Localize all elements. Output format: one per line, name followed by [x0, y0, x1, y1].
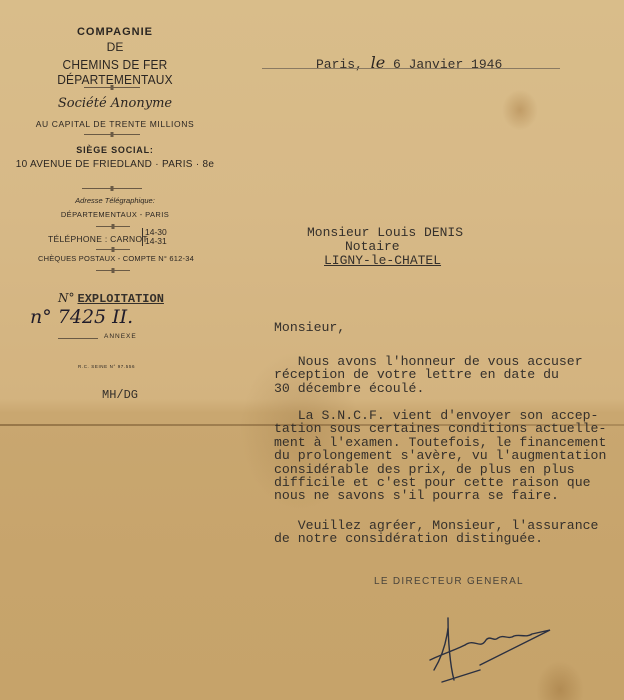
signatory-role: LE DIRECTEUR GENERAL [374, 576, 524, 587]
salutation: Monsieur, [274, 320, 345, 335]
recipient-title: Notaire [307, 240, 463, 254]
postal-cheques: CHÈQUES POSTAUX - COMPTE N° 612-34 [38, 254, 194, 263]
divider [96, 270, 130, 271]
typist-initials: MH/DG [102, 388, 138, 402]
company-line-2: DE [0, 40, 230, 54]
reference-label: N° [58, 291, 75, 305]
registry-number: R.C. SEINE N° 97.556 [78, 364, 135, 369]
company-type: Société Anonyme [0, 96, 230, 111]
divider [96, 226, 130, 227]
date-rule [262, 68, 560, 69]
handwritten-reference-number: n° 7425 II. [30, 306, 133, 328]
capital: AU CAPITAL DE TRENTE MILLIONS [0, 119, 230, 129]
date-value: 6 Janvier 1946 [393, 57, 502, 72]
divider [84, 134, 140, 135]
signature-icon [420, 610, 570, 690]
divider [84, 87, 140, 88]
date-place: Paris, [316, 57, 363, 72]
date-line: Paris, le 6 Janvier 1946 [316, 53, 502, 72]
reference-line: N° EXPLOITATION [58, 291, 164, 306]
company-name: CHEMINS DE FER DÉPARTEMENTAUX [9, 57, 221, 87]
company-line-1: COMPAGNIE [0, 26, 230, 38]
phone-label: TÉLÉPHONE : CARNOT [48, 234, 148, 244]
date-le: le [371, 53, 386, 72]
telegraph-value: DÉPARTEMENTAUX - PARIS [0, 210, 230, 219]
seat-label: SIÈGE SOCIAL: [0, 145, 230, 155]
body-paragraph-2: La S.N.C.F. vient d'envoyer son accep- t… [274, 409, 606, 503]
seat-address: 10 AVENUE DE FRIEDLAND · PARIS · 8e [0, 159, 230, 170]
letterhead: COMPAGNIE DE CHEMINS DE FER DÉPARTEMENTA… [0, 26, 230, 87]
divider [82, 188, 142, 189]
recipient-block: Monsieur Louis DENIS Notaire LIGNY-le-CH… [307, 226, 463, 268]
reference-department: EXPLOITATION [78, 292, 164, 306]
body-paragraph-3: Veuillez agréer, Monsieur, l'assurance d… [274, 519, 598, 546]
phone-numbers: 14-30 14-31 [142, 228, 167, 246]
annexe-label: ANNEXE [104, 333, 137, 340]
recipient-city: LIGNY-le-CHATEL [307, 254, 463, 268]
divider [96, 249, 130, 250]
recipient-name: Monsieur Louis DENIS [307, 226, 463, 240]
telegraph-label: Adresse Télégraphique: [0, 196, 230, 205]
phone-number-2: 14-31 [145, 237, 167, 246]
body-paragraph-1: Nous avons l'honneur de vous accuser réc… [274, 355, 583, 395]
annexe-line [58, 338, 98, 339]
